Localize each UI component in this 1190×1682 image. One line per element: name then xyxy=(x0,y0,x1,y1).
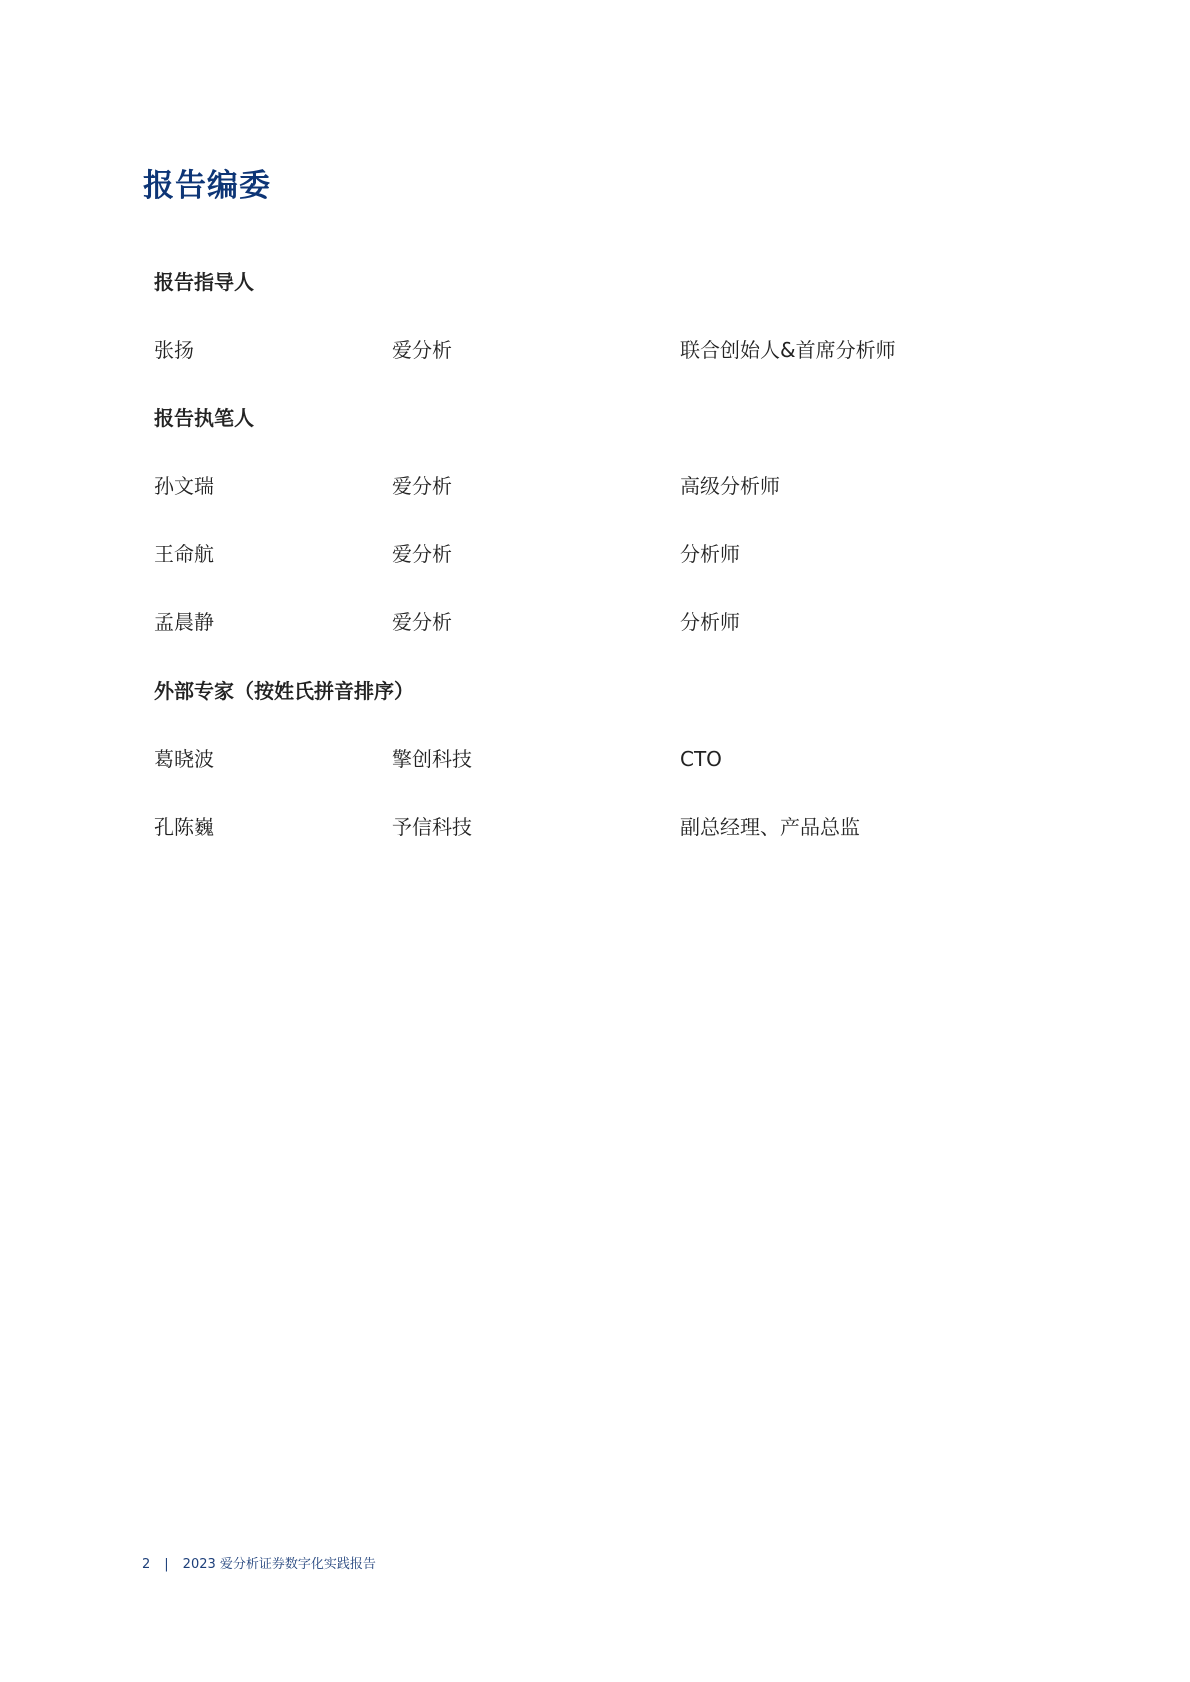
member-org: 爱分析 xyxy=(392,540,452,568)
member-name: 孙文瑞 xyxy=(154,472,214,500)
report-name: 2023 爱分析证券数字化实践报告 xyxy=(183,1557,376,1572)
member-name: 葛晓波 xyxy=(154,745,214,773)
member-title: CTO xyxy=(680,745,722,773)
member-name: 孟晨静 xyxy=(154,608,214,636)
page-footer: 2|2023 爱分析证券数字化实践报告 xyxy=(142,1556,376,1574)
footer-separator: | xyxy=(164,1556,168,1574)
page-title: 报告编委 xyxy=(143,166,271,206)
member-org: 爱分析 xyxy=(392,336,452,364)
section-heading-authors: 报告执笔人 xyxy=(154,404,254,432)
member-row: 孟晨静 爱分析 分析师 xyxy=(0,608,1190,638)
member-title: 副总经理、产品总监 xyxy=(680,813,860,841)
member-name: 张扬 xyxy=(154,336,194,364)
member-title: 分析师 xyxy=(680,540,740,568)
member-row: 王命航 爱分析 分析师 xyxy=(0,540,1190,570)
member-row: 孔陈巍 予信科技 副总经理、产品总监 xyxy=(0,813,1190,843)
member-row: 孙文瑞 爱分析 高级分析师 xyxy=(0,472,1190,502)
member-row: 张扬 爱分析 联合创始人&首席分析师 xyxy=(0,336,1190,366)
section-heading-external-experts: 外部专家（按姓氏拼音排序） xyxy=(154,677,414,705)
member-org: 爱分析 xyxy=(392,608,452,636)
member-org: 擎创科技 xyxy=(392,745,472,773)
page-number: 2 xyxy=(142,1557,150,1572)
member-title: 分析师 xyxy=(680,608,740,636)
member-org: 爱分析 xyxy=(392,472,452,500)
member-name: 孔陈巍 xyxy=(154,813,214,841)
section-heading-advisor: 报告指导人 xyxy=(154,268,254,296)
member-org: 予信科技 xyxy=(392,813,472,841)
member-title: 高级分析师 xyxy=(680,472,780,500)
member-name: 王命航 xyxy=(154,540,214,568)
member-row: 葛晓波 擎创科技 CTO xyxy=(0,745,1190,775)
member-title: 联合创始人&首席分析师 xyxy=(680,336,896,364)
